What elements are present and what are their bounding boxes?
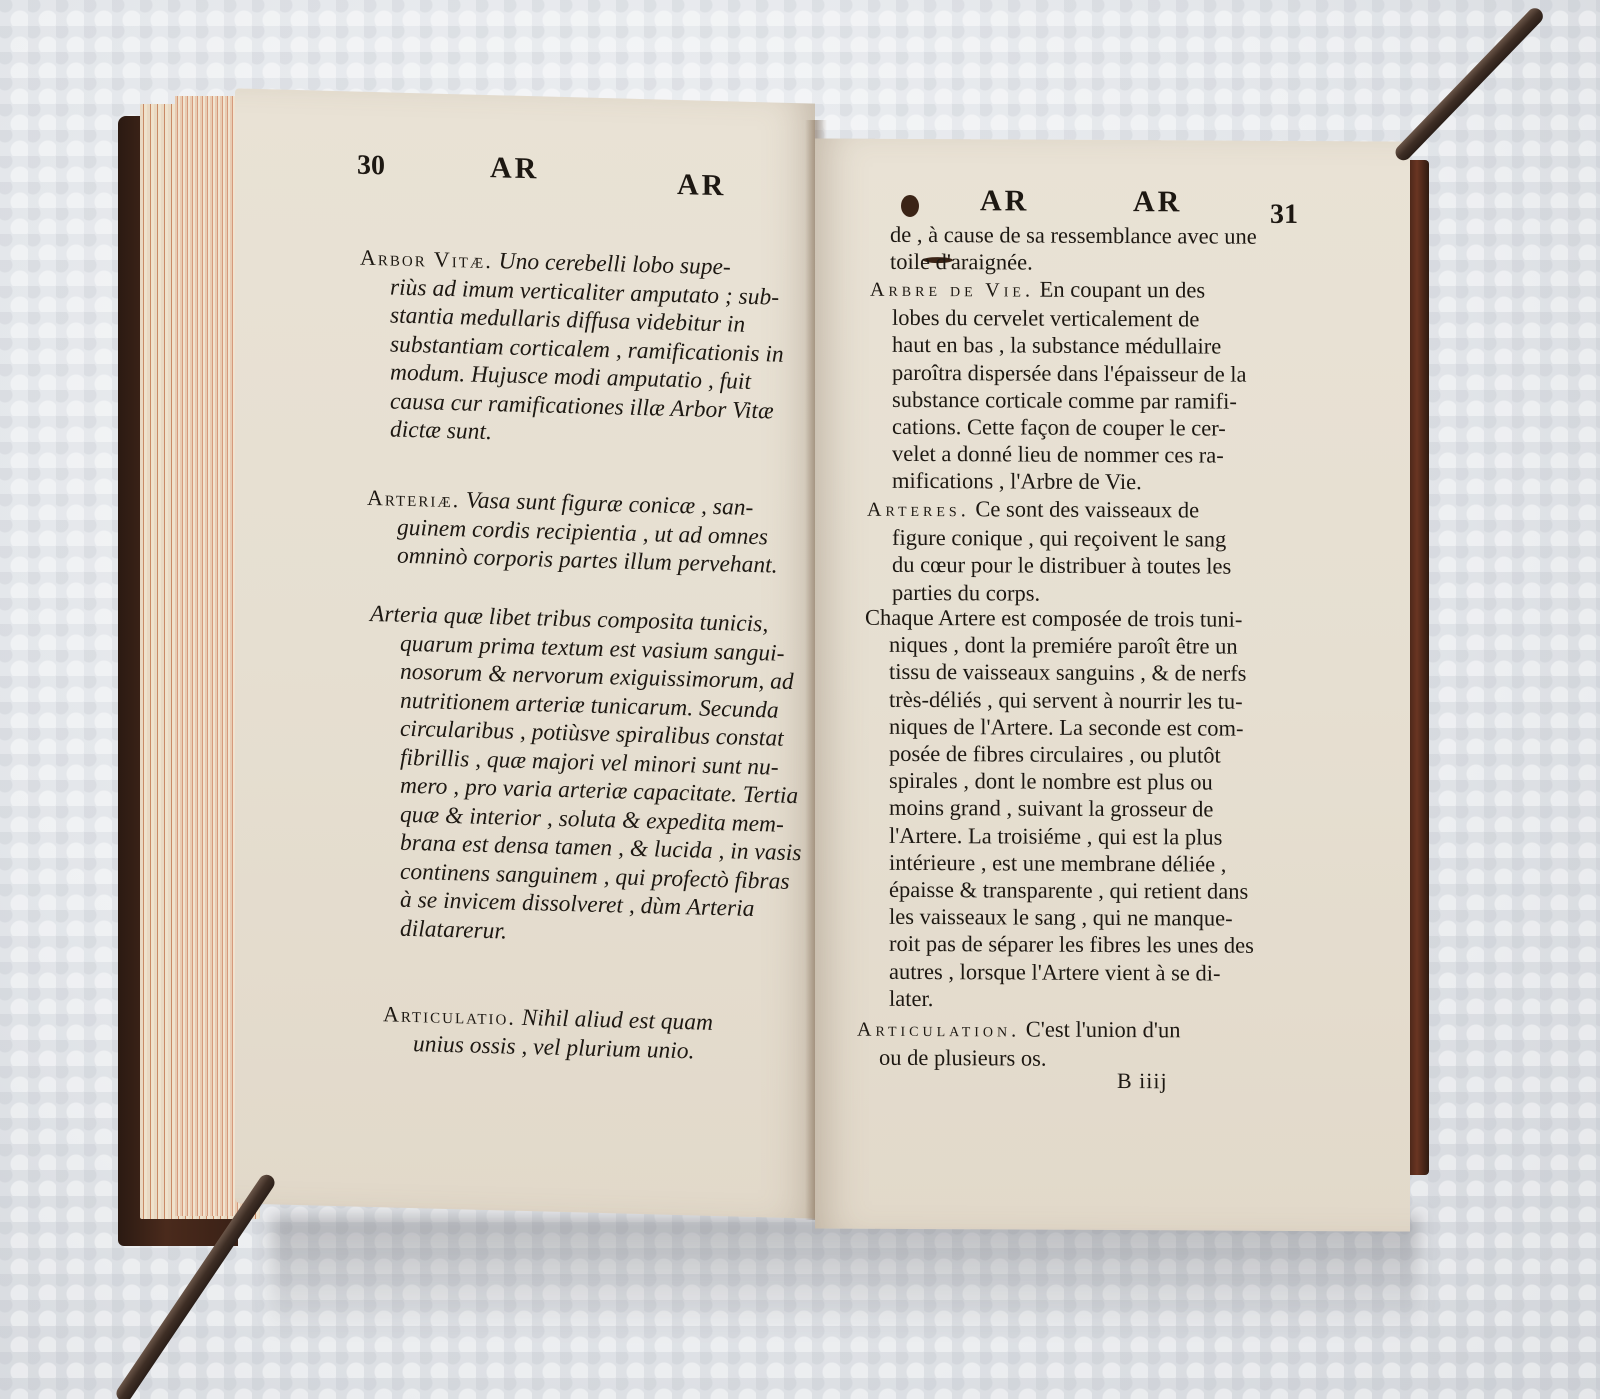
signature-mark: B iiij xyxy=(1117,1068,1168,1094)
entry-term: Arbor Vitæ. xyxy=(360,245,493,273)
page-number-left: 30 xyxy=(357,150,385,183)
entry-arteres: Arteres. Ce sont des vaisseaux de figure… xyxy=(867,495,1231,608)
entry-articulatio: Articulatio. Nihil aliud est quam unius … xyxy=(383,1000,713,1066)
entry-term: Arteres. xyxy=(867,499,970,522)
entry-term: Arbre de Vie. xyxy=(870,279,1034,302)
running-head-left-1: AR xyxy=(490,151,539,186)
entry-arteria-description: Arteria quæ libet tribus composita tunic… xyxy=(370,600,801,953)
entry-artere-description: Chaque Artere est composée de trois tuni… xyxy=(865,604,1254,1014)
running-head-left-2: AR xyxy=(677,168,726,203)
ink-blot xyxy=(901,195,919,217)
entry-arbre-de-vie: Arbre de Vie. En coupant un des lobes du… xyxy=(870,275,1247,497)
left-page: 30 AR AR Arbor Vitæ. Uno cerebelli lobo … xyxy=(235,88,815,1218)
entry-term: Articulatio. xyxy=(383,1001,516,1029)
entry-arbor-vitae: Arbor Vitæ. Uno cerebelli lobo supe- riù… xyxy=(360,244,784,455)
continuation-text: de , à cause de sa ressemblance avec une… xyxy=(890,221,1257,277)
running-head-right-2: AR xyxy=(1133,185,1182,219)
entry-term: Arteriæ. xyxy=(367,485,460,512)
running-head-right-1: AR xyxy=(980,184,1029,218)
entry-arteriae: Arteriæ. Vasa sunt figuræ conicæ , san- … xyxy=(367,484,778,580)
right-page: AR AR 31 de , à cause de sa ressemblance… xyxy=(815,138,1410,1231)
page-number-right: 31 xyxy=(1270,199,1298,231)
entry-articulation: Articulation. C'est l'union d'un ou de p… xyxy=(857,1015,1180,1073)
book-shadow xyxy=(270,1215,1420,1335)
entry-term: Articulation. xyxy=(857,1019,1020,1042)
